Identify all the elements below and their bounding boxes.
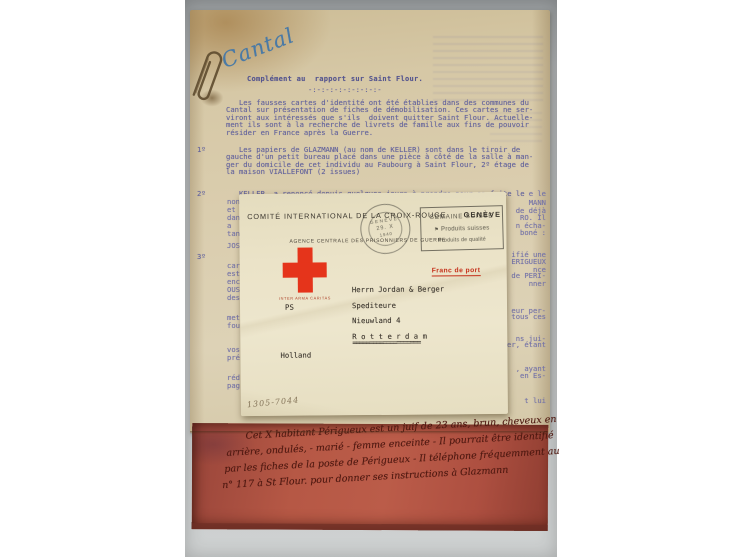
paper-edge <box>192 523 548 531</box>
photo-backdrop: Cantal Complément au rapport sur Saint F… <box>185 0 557 557</box>
handwritten-note: Cet X habitant Périgueux est un juif de … <box>219 413 542 494</box>
bleed-through-text <box>433 36 543 102</box>
text-fragment: tous ces <box>502 313 546 320</box>
text-fragment: e le <box>502 190 546 197</box>
pencil-reference-number: 1305-7044 <box>247 395 300 409</box>
address-underline: ==================== <box>352 338 420 348</box>
title-separator: -:-:-:-:-:-:-:-:- <box>308 86 382 93</box>
red-cross-envelope: COMITÉ INTERNATIONAL DE LA CROIX-ROUGE G… <box>239 192 508 416</box>
inter-arma-caritas-motto: INTER ARMA CARITAS <box>265 295 345 301</box>
red-cross-icon <box>283 247 327 292</box>
ps-marking: PS <box>285 303 294 312</box>
text-fragment: en Es- <box>502 372 546 379</box>
franc-de-port-label: Franc de port <box>432 267 481 276</box>
text-fragment: des <box>227 294 240 301</box>
text-fragment: nner <box>502 280 546 287</box>
report-title: Complément au rapport sur Saint Flour. <box>247 76 423 83</box>
paragraph-item-1: Les papiers de GLAZMANN (au nom de KELLE… <box>226 146 533 176</box>
red-note-paper: Cet X habitant Périgueux est un juif de … <box>192 423 549 531</box>
handwritten-annotation-cantal: Cantal <box>218 23 297 73</box>
text-fragment: boné : <box>502 229 546 236</box>
organization-name: COMITÉ INTERNATIONAL DE LA CROIX-ROUGE <box>247 210 446 221</box>
item-2-number: 2º <box>197 190 206 197</box>
text-fragment: pag <box>227 382 240 389</box>
cancel-line-3: Produits de qualité <box>438 237 486 244</box>
photo-scan-of-documents: Cantal Complément au rapport sur Saint F… <box>0 0 740 557</box>
item-1-number: 1º <box>197 146 206 153</box>
machine-cancel-stamp: SEMAINE SUISSE ⚑Produits suisses Produit… <box>420 205 504 251</box>
text-fragment: pré <box>227 354 240 361</box>
paragraph-1: Les fausses cartes d'identité ont été ét… <box>226 99 533 136</box>
text-fragment: JOS <box>227 242 240 249</box>
postmark-inner-ring <box>366 210 405 249</box>
text-fragment: fou <box>227 322 240 329</box>
address-block: Herrn Jordan & Berger Spediteure Nieuwla… <box>352 281 445 344</box>
postmark-stamp: GENÈVE 29. X 1940 <box>357 200 414 257</box>
flag-icon: ⚑ <box>434 226 439 232</box>
text-fragment: t lui <box>502 397 546 404</box>
country-line: Holland <box>280 351 311 360</box>
cancel-line-2: ⚑Produits suisses <box>434 225 489 232</box>
red-cross-horizontal-bar <box>283 262 327 277</box>
page-bottom-shadow <box>190 431 548 434</box>
item-3-number: 3º <box>197 253 206 260</box>
cancel-line-2-text: Produits suisses <box>441 225 490 232</box>
cancel-line-1: SEMAINE SUISSE <box>430 212 494 221</box>
text-fragment: ger, étant <box>502 341 546 348</box>
